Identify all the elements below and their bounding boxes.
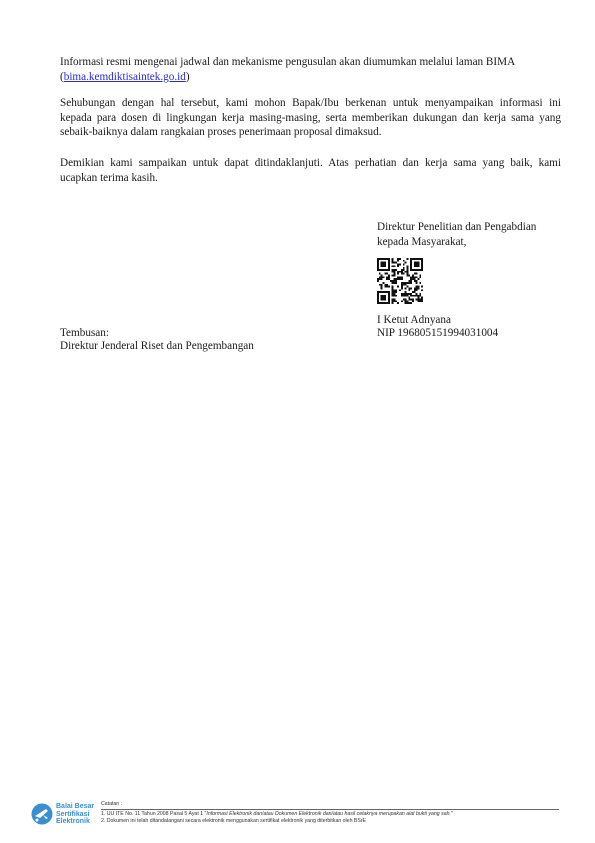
bima-info-paragraph: Informasi resmi mengenai jadwal dan meka…: [60, 55, 561, 84]
cc-recipient: Direktur Jenderal Riset dan Pengembangan: [60, 340, 254, 353]
bsre-logo-icon: [31, 803, 53, 825]
closing-line: Demikian kami sampaikan untuk dapat diti…: [60, 156, 561, 171]
signatory-block: I Ketut Adnyana NIP 196805151994031004: [377, 314, 498, 340]
qr-code-icon: [377, 258, 423, 304]
bsre-logo-text: Balai Besar Sertifikasi Elektronik: [56, 803, 94, 826]
closing-paragraph: Demikian kami sampaikan untuk dapat diti…: [60, 156, 561, 185]
signatory-title: Direktur Penelitian dan Pengabdian kepad…: [377, 220, 536, 249]
request-line: Sehubungan dengan hal tersebut, kami moh…: [60, 96, 561, 111]
notes-divider: [101, 809, 559, 810]
note-1: 1. UU ITE No. 11 Tahun 2008 Pasal 5 Ayat…: [101, 811, 571, 818]
cc-block: Tembusan: Direktur Jenderal Riset dan Pe…: [60, 327, 254, 353]
request-line: sebaik-baiknya dalam rangkaian proses pe…: [60, 125, 561, 140]
notes-label: Catatan :: [101, 801, 571, 808]
note-2: 2. Dokumen ini telah ditandatangani seca…: [101, 818, 571, 825]
signatory-nip: NIP 196805151994031004: [377, 327, 498, 340]
signatory-name: I Ketut Adnyana: [377, 314, 498, 327]
footer: Balai Besar Sertifikasi Elektronik Catat…: [0, 798, 595, 838]
request-paragraph: Sehubungan dengan hal tersebut, kami moh…: [60, 96, 561, 140]
footer-notes: Catatan : 1. UU ITE No. 11 Tahun 2008 Pa…: [101, 801, 571, 825]
bima-info-text: Informasi resmi mengenai jadwal dan meka…: [60, 56, 515, 68]
closing-line: ucapkan terima kasih.: [60, 172, 158, 184]
cc-label: Tembusan:: [60, 327, 254, 340]
bima-link[interactable]: bima.kemdiktisaintek.go.id: [64, 71, 186, 83]
request-line: kepada para dosen di lingkungan kerja ma…: [60, 111, 561, 126]
